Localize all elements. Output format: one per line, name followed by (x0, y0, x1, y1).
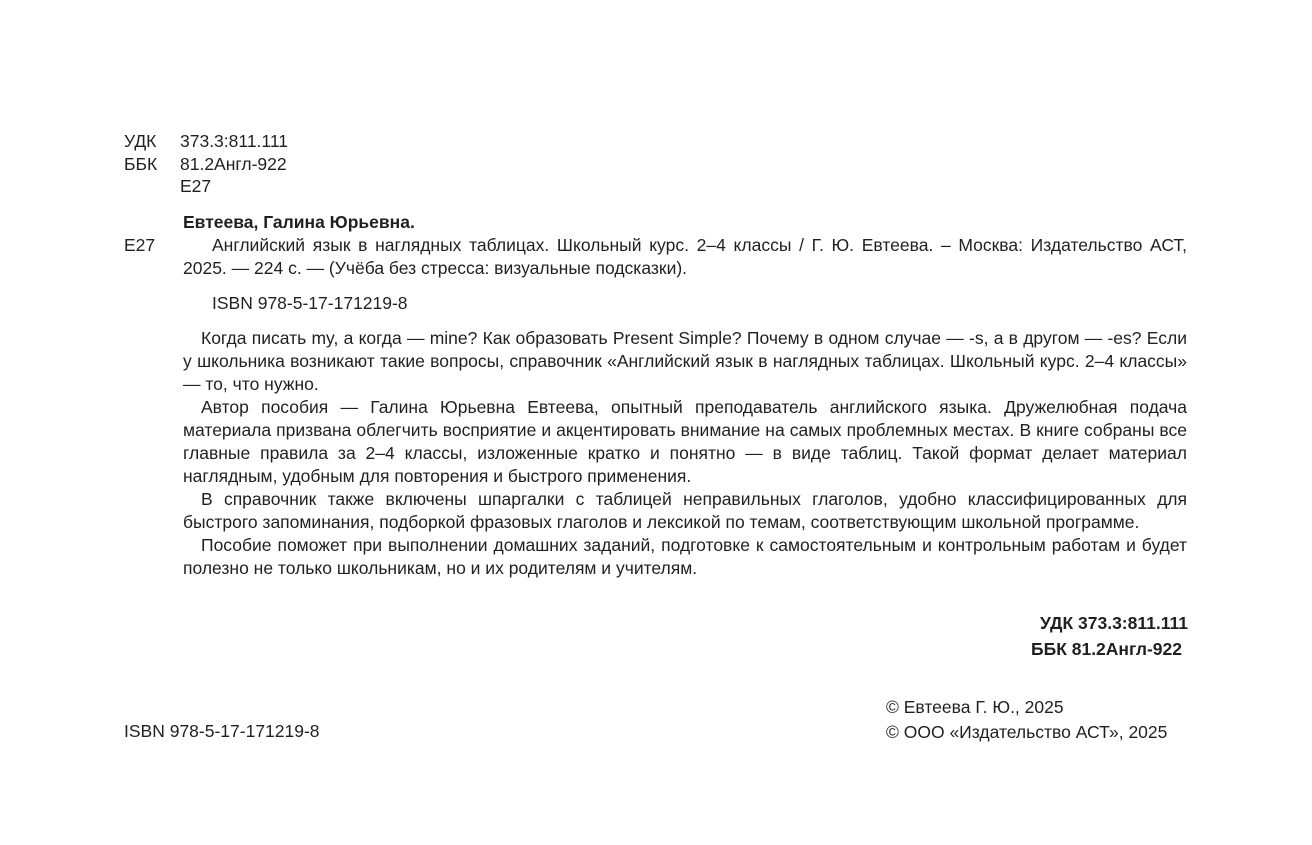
udk-label: УДК (124, 130, 180, 153)
annotation-paragraph: Автор пособия — Галина Юрьевна Евтеева, … (183, 396, 1187, 488)
catalog-isbn: ISBN 978-5-17-171219-8 (212, 292, 408, 315)
author-heading: Евтеева, Галина Юрьевна. (183, 211, 415, 234)
copyright-block: © Евтеева Г. Ю., 2025 © ООО «Издательств… (886, 695, 1167, 745)
author-mark: Е27 (180, 175, 211, 198)
copyright-author: © Евтеева Г. Ю., 2025 (886, 695, 1167, 720)
annotation: Когда писать my, а когда — mine? Как обр… (183, 327, 1187, 580)
classification-summary: УДК 373.3:811.111 ББК 81.2Англ-922 (1031, 610, 1188, 662)
bbk-label: ББК (124, 153, 180, 176)
classification-codes: УДК 373.3:811.111 ББК 81.2Англ-922 Е27 (124, 130, 288, 198)
bbk-row: ББК 81.2Англ-922 (124, 153, 288, 176)
author-mark-row: Е27 (124, 175, 288, 198)
annotation-paragraph: Пособие поможет при выполнении домашних … (183, 534, 1187, 580)
annotation-paragraph: Когда писать my, а когда — mine? Как обр… (183, 327, 1187, 396)
catalog-author-mark: Е27 (124, 234, 155, 257)
annotation-paragraph: В справочник также включены шпаргалки с … (183, 488, 1187, 534)
copyright-publisher: © ООО «Издательство АСТ», 2025 (886, 720, 1167, 745)
udk-summary: УДК 373.3:811.111 (1031, 610, 1188, 636)
bbk-value: 81.2Англ-922 (180, 153, 287, 176)
udk-row: УДК 373.3:811.111 (124, 130, 288, 153)
bbk-summary: ББК 81.2Англ-922 (1031, 636, 1188, 662)
udk-value: 373.3:811.111 (180, 130, 288, 153)
bibliographic-description: Английский язык в наглядных таблицах. Шк… (183, 234, 1187, 280)
footer-isbn: ISBN 978-5-17-171219-8 (124, 720, 320, 743)
